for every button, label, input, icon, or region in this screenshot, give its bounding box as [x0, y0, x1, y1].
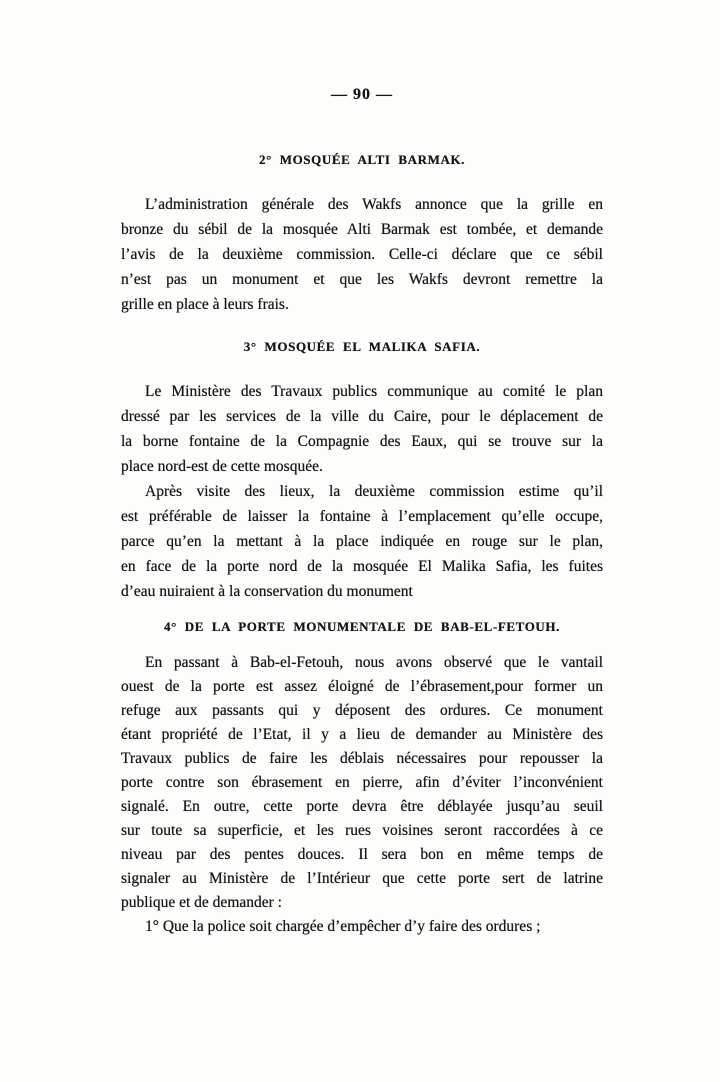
- text-line: sur toute sa superficie, et les rues voi…: [121, 819, 603, 843]
- text-line: Travaux publics de faire les déblais néc…: [121, 747, 603, 771]
- text-line: grille en place à leurs frais.: [121, 292, 603, 317]
- page-number: — 90 —: [121, 86, 603, 106]
- document-page: — 90 — 2° MOSQUÉE ALTI BARMAK.L’administ…: [0, 0, 720, 1082]
- text-line: porte contre son ébrasement en pierre, a…: [121, 771, 603, 795]
- text-line: étant propriété de l’Etat, il y a lieu d…: [121, 723, 603, 747]
- text-line: refuge aux passants qui y déposent des o…: [121, 699, 603, 723]
- document-section: 4° DE LA PORTE MONUMENTALE DE BAB-EL-FET…: [121, 619, 603, 939]
- section-heading: 4° DE LA PORTE MONUMENTALE DE BAB-EL-FET…: [121, 619, 603, 635]
- text-line: en face de la porte nord de la mosquée E…: [121, 554, 603, 579]
- text-line: ouest de la porte est assez éloigné de l…: [121, 675, 603, 699]
- text-line: En passant à Bab-el-Fetouh, nous avons o…: [121, 651, 603, 675]
- text-line: 1° Que la police soit chargée d’empêcher…: [121, 915, 603, 939]
- paragraph: L’administration générale des Wakfs anno…: [121, 192, 603, 317]
- text-line: publique et de demander :: [121, 891, 603, 915]
- paragraph: Après visite des lieux, la deuxième comm…: [121, 479, 603, 604]
- paragraph: En passant à Bab-el-Fetouh, nous avons o…: [121, 651, 603, 915]
- text-line: niveau par des pentes douces. Il sera bo…: [121, 843, 603, 867]
- text-line: Après visite des lieux, la deuxième comm…: [121, 479, 603, 504]
- text-line: n’est pas un monument et que les Wakfs d…: [121, 267, 603, 292]
- text-line: bronze du sébil de la mosquée Alti Barma…: [121, 217, 603, 242]
- document-section: 3° MOSQUÉE EL MALIKA SAFIA.Le Ministère …: [121, 339, 603, 604]
- text-line: L’administration générale des Wakfs anno…: [121, 192, 603, 217]
- text-line: signaler au Ministère de l’Intérieur que…: [121, 867, 603, 891]
- text-line: signalé. En outre, cette porte devra êtr…: [121, 795, 603, 819]
- section-heading: 2° MOSQUÉE ALTI BARMAK.: [121, 152, 603, 168]
- paragraph: Le Ministère des Travaux publics communi…: [121, 379, 603, 479]
- section-heading: 3° MOSQUÉE EL MALIKA SAFIA.: [121, 339, 603, 355]
- text-line: la borne fontaine de la Compagnie des Ea…: [121, 429, 603, 454]
- text-line: dressé par les services de la ville du C…: [121, 404, 603, 429]
- paragraph: 1° Que la police soit chargée d’empêcher…: [121, 915, 603, 939]
- page-content: 2° MOSQUÉE ALTI BARMAK.L’administration …: [121, 152, 603, 939]
- text-line: d’eau nuiraient à la conservation du mon…: [121, 579, 603, 604]
- text-line: l’avis de la deuxième commission. Celle-…: [121, 242, 603, 267]
- text-line: Le Ministère des Travaux publics communi…: [121, 379, 603, 404]
- text-line: parce qu’en la mettant à la place indiqu…: [121, 529, 603, 554]
- text-line: place nord-est de cette mosquée.: [121, 454, 603, 479]
- text-line: est préférable de laisser la fontaine à …: [121, 504, 603, 529]
- document-section: 2° MOSQUÉE ALTI BARMAK.L’administration …: [121, 152, 603, 317]
